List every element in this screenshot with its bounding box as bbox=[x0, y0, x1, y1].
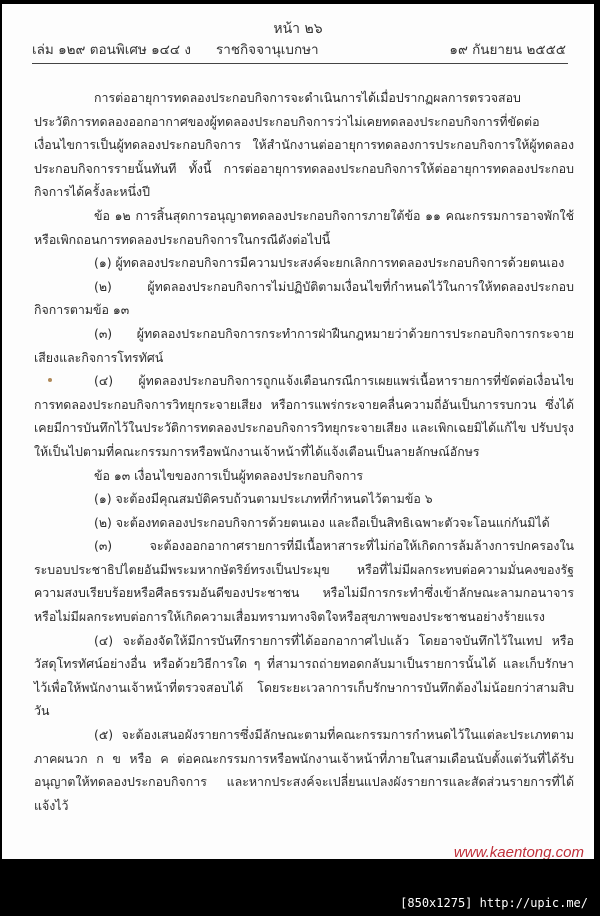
clause-13-item-5: (๕) จะต้องเสนอผังรายการซึ่งมีลักษณะตามที… bbox=[34, 723, 574, 817]
volume-info: เล่ม ๑๒๙ ตอนพิเศษ ๑๔๔ ง bbox=[32, 38, 191, 60]
page-number: หน้า ๒๖ bbox=[2, 18, 594, 40]
clause-13: ข้อ ๑๓ เงื่อนไขของการเป็นผู้ทดลองประกอบก… bbox=[34, 464, 574, 488]
watermark-link: www.kaentong.com bbox=[454, 844, 584, 859]
image-host-strip: [850x1275] http://upic.me/ bbox=[0, 887, 600, 916]
clause-12-item-3: (๓) ผู้ทดลองประกอบกิจการกระทำการฝ่าฝืนกฎ… bbox=[34, 322, 574, 369]
gazette-title: ราชกิจจานุเบกษา bbox=[216, 38, 319, 60]
image-host-tag: [850x1275] http://upic.me/ bbox=[400, 896, 588, 910]
clause-13-item-1: (๑) จะต้องมีคุณสมบัติครบถ้วนตามประเภทที่… bbox=[34, 487, 574, 511]
header-divider bbox=[32, 63, 568, 64]
document-body: การต่ออายุการทดลองประกอบกิจการจะดำเนินกา… bbox=[34, 86, 574, 817]
clause-12: ข้อ ๑๒ การสิ้นสุดการอนุญาตทดลองประกอบกิจ… bbox=[34, 204, 574, 251]
clause-12-item-1: (๑) ผู้ทดลองประกอบกิจการมีความประสงค์จะย… bbox=[34, 251, 574, 275]
clause-13-item-2: (๒) จะต้องทดลองประกอบกิจการด้วยตนเอง และ… bbox=[34, 511, 574, 535]
clause-13-item-4: (๔) จะต้องจัดให้มีการบันทึกรายการที่ได้อ… bbox=[34, 629, 574, 723]
clause-13-item-3: (๓) จะต้องออกอากาศรายการที่มีเนื้อหาสาระ… bbox=[34, 534, 574, 628]
paragraph: การต่ออายุการทดลองประกอบกิจการจะดำเนินกา… bbox=[34, 86, 574, 204]
publish-date: ๑๙ กันยายน ๒๕๕๕ bbox=[449, 38, 566, 60]
clause-12-item-4: (๔) ผู้ทดลองประกอบกิจการถูกแจ้งเตือนกรณี… bbox=[34, 369, 574, 463]
clause-12-item-2: (๒) ผู้ทดลองประกอบกิจการไม่ปฏิบัติตามเงื… bbox=[34, 275, 574, 322]
gazette-header: เล่ม ๑๒๙ ตอนพิเศษ ๑๔๔ ง ราชกิจจานุเบกษา … bbox=[32, 38, 566, 58]
document-page: หน้า ๒๖ เล่ม ๑๒๙ ตอนพิเศษ ๑๔๔ ง ราชกิจจา… bbox=[2, 4, 594, 859]
